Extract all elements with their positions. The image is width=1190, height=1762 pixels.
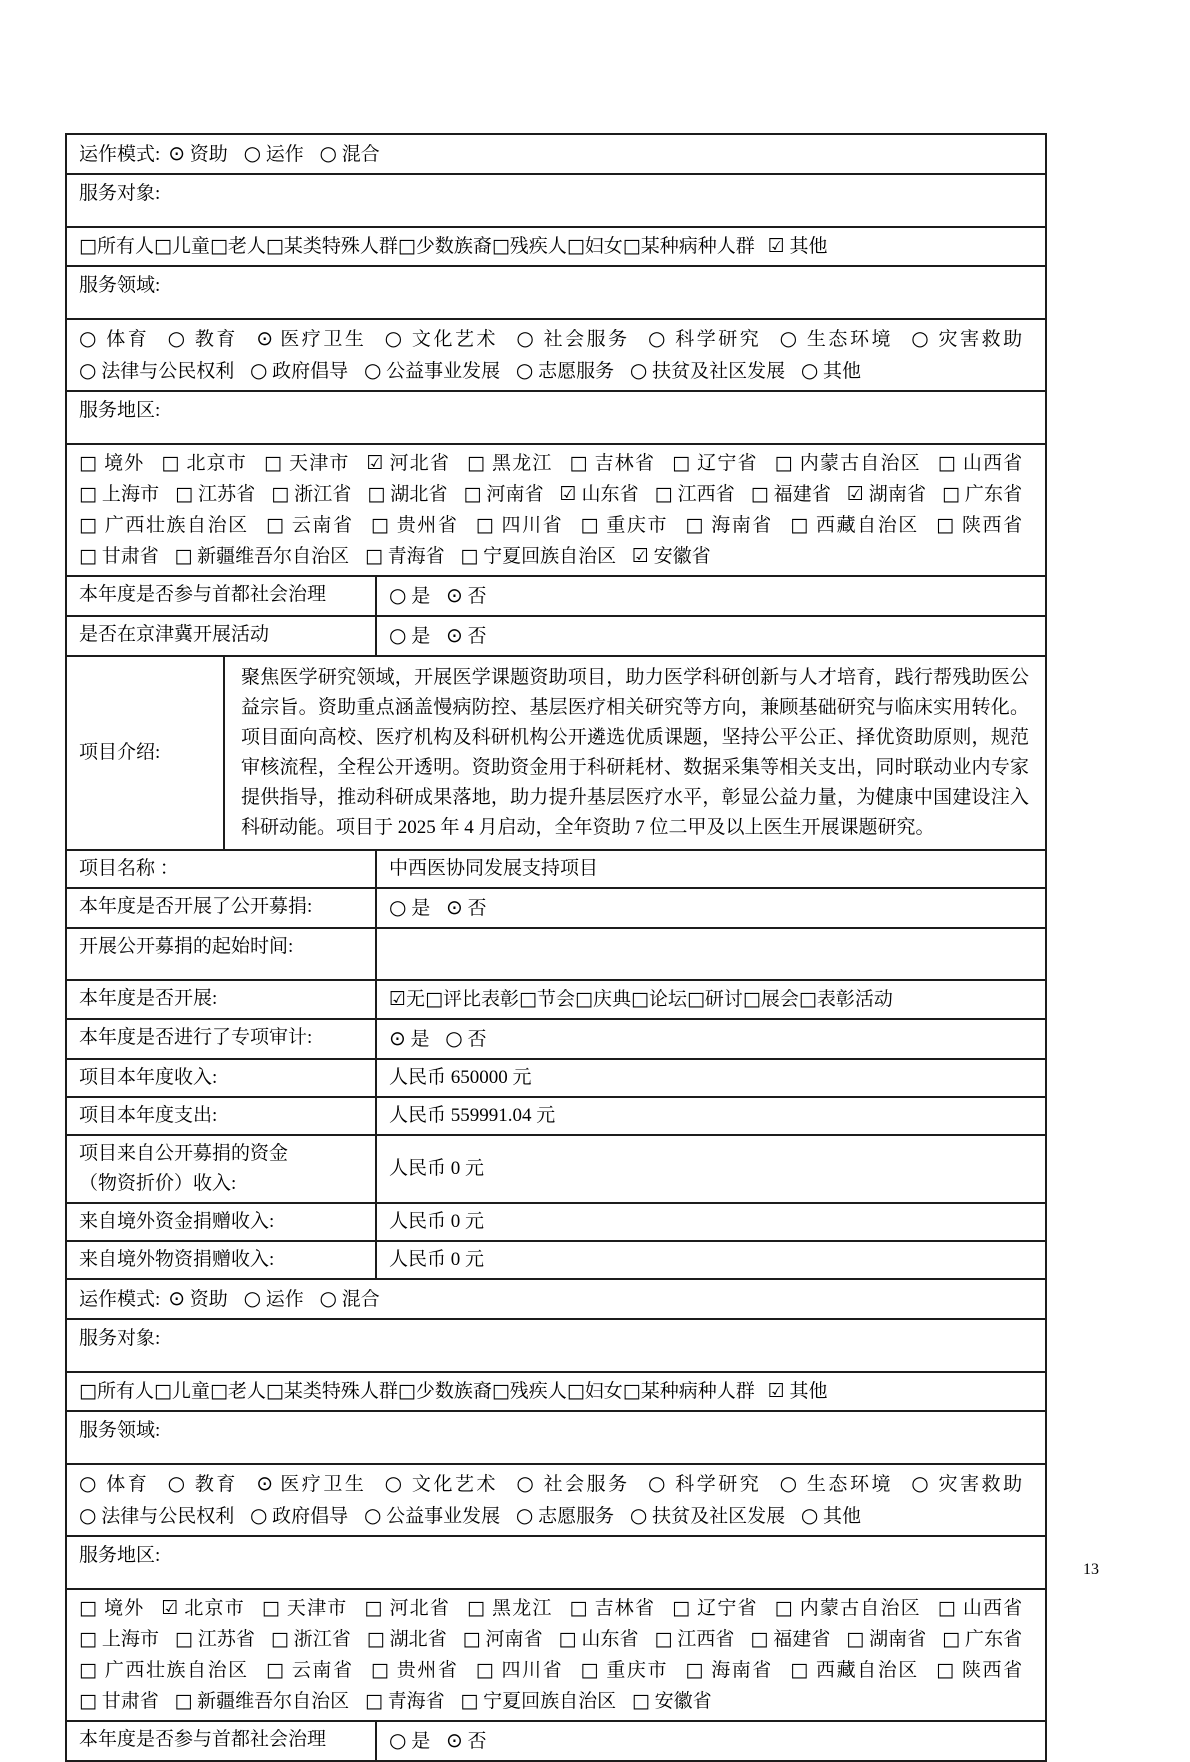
- checkbox-unchecked-icon[interactable]: □: [174, 1690, 192, 1712]
- option-label: 河北省: [389, 1598, 450, 1619]
- option-label: 公益事业发展: [386, 361, 500, 382]
- service-field-header-2: 服务领域:: [79, 1420, 160, 1441]
- radio-option-其他[interactable]: ○ 其他: [801, 361, 861, 382]
- radio-option-扶贫及社区发展[interactable]: ○ 扶贫及社区发展: [630, 1506, 785, 1527]
- checkbox-option-儿童[interactable]: □儿童: [154, 1381, 210, 1402]
- row-service-area-header-2: 服务地区:: [67, 1535, 1045, 1588]
- checkbox-unchecked-icon[interactable]: □: [271, 1628, 289, 1650]
- radio-checked-icon[interactable]: ⊙: [256, 326, 273, 350]
- checkbox-unchecked-icon[interactable]: □: [460, 545, 478, 567]
- checkbox-unchecked-icon[interactable]: □: [364, 1597, 383, 1619]
- radio-unchecked-icon[interactable]: ○: [389, 583, 406, 607]
- checkbox-unchecked-icon[interactable]: □: [519, 988, 537, 1010]
- row-service-field-1: ○ 体育 ○ 教育 ⊙ 医疗卫生 ○ 文化艺术 ○ 社会服务 ○ 科学研究 ○ …: [67, 318, 1045, 390]
- radio-option-教育[interactable]: ○ 教育: [168, 329, 238, 350]
- checkbox-option-某类特殊人群[interactable]: □某类特殊人群: [266, 1381, 398, 1402]
- checkbox-unchecked-icon[interactable]: □: [672, 452, 691, 474]
- checkbox-option-山东省[interactable]: □ 山东省: [559, 1629, 639, 1650]
- checkbox-unchecked-icon[interactable]: □: [570, 1597, 589, 1619]
- checkbox-option-陕西省[interactable]: □ 陕西省: [936, 515, 1022, 536]
- checkbox-unchecked-icon[interactable]: □: [623, 1380, 641, 1402]
- checkbox-option-辽宁省[interactable]: □ 辽宁省: [672, 1598, 758, 1619]
- checkbox-unchecked-icon[interactable]: □: [266, 1659, 286, 1681]
- checkbox-unchecked-icon[interactable]: □: [581, 514, 601, 536]
- checkbox-option-黑龙江[interactable]: □ 黑龙江: [467, 1598, 553, 1619]
- checkbox-checked-icon[interactable]: ☑: [632, 545, 649, 567]
- radio-option-混合[interactable]: ○ 混合: [320, 1289, 380, 1310]
- checkbox-checked-icon[interactable]: ☑: [560, 483, 577, 505]
- radio-option-其他[interactable]: ○ 其他: [801, 1506, 861, 1527]
- checkbox-unchecked-icon[interactable]: □: [938, 452, 957, 474]
- checkbox-option-内蒙古自治区[interactable]: □ 内蒙古自治区: [775, 1598, 921, 1619]
- radio-option-运作[interactable]: ○ 运作: [244, 144, 304, 165]
- checkbox-checked-icon[interactable]: ☑: [768, 235, 785, 257]
- radio-unchecked-icon[interactable]: ○: [780, 1471, 800, 1495]
- checkbox-checked-icon[interactable]: ☑: [367, 452, 384, 474]
- radio-checked-icon[interactable]: ⊙: [446, 1728, 463, 1752]
- checkbox-unchecked-icon[interactable]: □: [467, 1597, 486, 1619]
- checkbox-option-北京市[interactable]: □ 北京市: [161, 453, 247, 474]
- checkbox-option-山西省[interactable]: □ 山西省: [938, 1598, 1022, 1619]
- checkbox-option-贵州省[interactable]: □ 贵州省: [371, 515, 459, 536]
- option-label: 山东省: [581, 484, 638, 505]
- checkbox-unchecked-icon[interactable]: □: [492, 235, 510, 257]
- radio-option-体育[interactable]: ○ 体育: [79, 1474, 149, 1495]
- checkbox-unchecked-icon[interactable]: □: [460, 1690, 478, 1712]
- checkbox-option-残疾人[interactable]: □残疾人: [492, 236, 567, 257]
- option-label: 某种病种人群: [641, 1381, 755, 1402]
- checkbox-unchecked-icon[interactable]: □: [79, 235, 97, 257]
- radio-option-否[interactable]: ⊙ 否: [446, 898, 487, 919]
- radio-unchecked-icon[interactable]: ○: [630, 1503, 647, 1527]
- option-label: 境外: [104, 453, 144, 474]
- radio-checked-icon[interactable]: ⊙: [389, 1026, 406, 1050]
- radio-unchecked-icon[interactable]: ○: [364, 1503, 381, 1527]
- row-service-field-2: ○ 体育 ○ 教育 ⊙ 医疗卫生 ○ 文化艺术 ○ 社会服务 ○ 科学研究 ○ …: [67, 1463, 1045, 1535]
- radio-option-社会服务[interactable]: ○ 社会服务: [516, 329, 629, 350]
- checkbox-unchecked-icon[interactable]: □: [266, 235, 284, 257]
- checkbox-option-河北省[interactable]: □ 河北省: [364, 1598, 450, 1619]
- radio-unchecked-icon[interactable]: ○: [244, 141, 261, 165]
- option-label: 是: [411, 898, 430, 919]
- checkbox-unchecked-icon[interactable]: □: [672, 1597, 691, 1619]
- checkbox-option-云南省[interactable]: □ 云南省: [266, 1660, 354, 1681]
- checkbox-option-重庆市[interactable]: □ 重庆市: [581, 1660, 669, 1681]
- radio-unchecked-icon[interactable]: ○: [168, 326, 188, 350]
- radio-option-政府倡导[interactable]: ○ 政府倡导: [250, 1506, 348, 1527]
- checkbox-option-所有人[interactable]: □所有人: [79, 1381, 154, 1402]
- radio-option-公益事业发展[interactable]: ○ 公益事业发展: [364, 361, 500, 382]
- checkbox-option-山东省[interactable]: ☑ 山东省: [560, 484, 639, 505]
- checkbox-unchecked-icon[interactable]: □: [559, 1628, 577, 1650]
- radio-option-是[interactable]: ○ 是: [389, 626, 430, 647]
- checkbox-option-安徽省[interactable]: □ 安徽省: [632, 1691, 712, 1712]
- checkbox-option-福建省[interactable]: □ 福建省: [751, 484, 831, 505]
- checkbox-checked-icon[interactable]: ☑: [389, 988, 406, 1010]
- radio-option-志愿服务[interactable]: ○ 志愿服务: [516, 1506, 614, 1527]
- radio-option-体育[interactable]: ○ 体育: [79, 329, 149, 350]
- checkbox-unchecked-icon[interactable]: □: [365, 1690, 383, 1712]
- radio-unchecked-icon[interactable]: ○: [648, 326, 668, 350]
- radio-unchecked-icon[interactable]: ○: [780, 326, 800, 350]
- radio-option-科学研究[interactable]: ○ 科学研究: [648, 329, 761, 350]
- checkbox-unchecked-icon[interactable]: □: [790, 1659, 810, 1681]
- radio-option-资助[interactable]: ⊙ 资助: [168, 1289, 228, 1310]
- checkbox-unchecked-icon[interactable]: □: [492, 1380, 510, 1402]
- checkbox-option-甘肃省[interactable]: □ 甘肃省: [79, 1691, 159, 1712]
- checkbox-option-老人[interactable]: □老人: [210, 1381, 266, 1402]
- checkbox-option-少数族裔[interactable]: □少数族裔: [398, 236, 492, 257]
- radio-option-扶贫及社区发展[interactable]: ○ 扶贫及社区发展: [630, 361, 785, 382]
- checkbox-unchecked-icon[interactable]: □: [174, 545, 192, 567]
- checkbox-unchecked-icon[interactable]: □: [210, 1380, 228, 1402]
- radio-unchecked-icon[interactable]: ○: [911, 1471, 931, 1495]
- radio-option-否[interactable]: ○ 否: [445, 1029, 486, 1050]
- checkbox-unchecked-icon[interactable]: □: [632, 1690, 650, 1712]
- checkbox-unchecked-icon[interactable]: □: [266, 514, 286, 536]
- checkbox-option-浙江省[interactable]: □ 浙江省: [271, 484, 351, 505]
- checkbox-option-云南省[interactable]: □ 云南省: [266, 515, 354, 536]
- radio-option-混合[interactable]: ○ 混合: [320, 144, 380, 165]
- checkbox-option-福建省[interactable]: □ 福建省: [750, 1629, 830, 1650]
- checkbox-unchecked-icon[interactable]: □: [79, 1628, 97, 1650]
- radio-option-是[interactable]: ⊙ 是: [389, 1029, 430, 1050]
- checkbox-option-山西省[interactable]: □ 山西省: [938, 453, 1022, 474]
- checkbox-option-北京市[interactable]: ☑ 北京市: [161, 1598, 245, 1619]
- checkbox-option-江西省[interactable]: □ 江西省: [655, 484, 735, 505]
- option-label: 否: [467, 586, 486, 607]
- radio-option-法律与公民权利[interactable]: ○ 法律与公民权利: [79, 1506, 234, 1527]
- radio-option-志愿服务[interactable]: ○ 志愿服务: [516, 361, 614, 382]
- checkbox-option-展会[interactable]: □展会: [743, 989, 799, 1010]
- checkbox-unchecked-icon[interactable]: □: [154, 1380, 172, 1402]
- checkbox-option-宁夏回族自治区[interactable]: □ 宁夏回族自治区: [460, 1691, 616, 1712]
- checkbox-option-广西壮族自治区[interactable]: □ 广西壮族自治区: [79, 1660, 249, 1681]
- checkbox-unchecked-icon[interactable]: □: [371, 1659, 391, 1681]
- checkbox-option-安徽省[interactable]: ☑ 安徽省: [632, 546, 711, 567]
- checkbox-option-所有人[interactable]: □所有人: [79, 236, 154, 257]
- checkbox-option-广东省[interactable]: □ 广东省: [942, 1629, 1022, 1650]
- checkbox-unchecked-icon[interactable]: □: [570, 452, 589, 474]
- checkbox-option-辽宁省[interactable]: □ 辽宁省: [672, 453, 758, 474]
- capital-governance-options-2: ○ 是 ⊙ 否: [389, 1731, 498, 1752]
- checkbox-unchecked-icon[interactable]: □: [210, 235, 228, 257]
- radio-option-是[interactable]: ○ 是: [389, 1731, 430, 1752]
- checkbox-option-上海市[interactable]: □ 上海市: [79, 484, 159, 505]
- checkbox-option-海南省[interactable]: □ 海南省: [685, 515, 773, 536]
- checkbox-option-新疆维吾尔自治区[interactable]: □ 新疆维吾尔自治区: [174, 546, 349, 567]
- checkbox-checked-icon[interactable]: ☑: [161, 1597, 178, 1619]
- checkbox-unchecked-icon[interactable]: □: [942, 483, 960, 505]
- checkbox-unchecked-icon[interactable]: □: [463, 483, 481, 505]
- checkbox-option-重庆市[interactable]: □ 重庆市: [581, 515, 669, 536]
- checkbox-option-黑龙江[interactable]: □ 黑龙江: [467, 453, 553, 474]
- checkbox-option-节会[interactable]: □节会: [519, 989, 575, 1010]
- radio-checked-icon[interactable]: ⊙: [446, 583, 463, 607]
- checkbox-option-其他[interactable]: ☑ 其他: [768, 236, 828, 257]
- checkbox-unchecked-icon[interactable]: □: [942, 1628, 960, 1650]
- radio-unchecked-icon[interactable]: ○: [79, 326, 99, 350]
- checkbox-option-湖北省[interactable]: □ 湖北省: [367, 484, 447, 505]
- radio-option-法律与公民权利[interactable]: ○ 法律与公民权利: [79, 361, 234, 382]
- checkbox-option-研讨[interactable]: □研讨: [687, 989, 743, 1010]
- checkbox-option-江苏省[interactable]: □ 江苏省: [175, 484, 255, 505]
- capital-governance-label: 本年度是否参与首都社会治理: [67, 577, 377, 615]
- radio-option-否[interactable]: ⊙ 否: [446, 1731, 487, 1752]
- radio-unchecked-icon[interactable]: ○: [79, 358, 96, 382]
- checkbox-unchecked-icon[interactable]: □: [938, 1597, 957, 1619]
- radio-option-生态环境[interactable]: ○ 生态环境: [780, 1474, 893, 1495]
- checkbox-option-新疆维吾尔自治区[interactable]: □ 新疆维吾尔自治区: [174, 1691, 349, 1712]
- checkbox-unchecked-icon[interactable]: □: [567, 1380, 585, 1402]
- checkbox-option-天津市[interactable]: □ 天津市: [264, 453, 350, 474]
- checkbox-unchecked-icon[interactable]: □: [936, 514, 956, 536]
- option-label: 浙江省: [294, 1629, 351, 1650]
- checkbox-unchecked-icon[interactable]: □: [631, 988, 649, 1010]
- checkbox-option-宁夏回族自治区[interactable]: □ 宁夏回族自治区: [460, 546, 616, 567]
- checkbox-option-河北省[interactable]: ☑ 河北省: [367, 453, 451, 474]
- radio-option-灾害救助[interactable]: ○ 灾害救助: [911, 1474, 1022, 1495]
- checkbox-unchecked-icon[interactable]: □: [655, 483, 673, 505]
- radio-unchecked-icon[interactable]: ○: [648, 1471, 668, 1495]
- checkbox-option-论坛[interactable]: □论坛: [631, 989, 687, 1010]
- radio-option-医疗卫生[interactable]: ⊙ 医疗卫生: [256, 329, 366, 350]
- checkbox-unchecked-icon[interactable]: □: [790, 514, 810, 536]
- radio-unchecked-icon[interactable]: ○: [320, 141, 337, 165]
- checkbox-option-儿童[interactable]: □儿童: [154, 236, 210, 257]
- checkbox-option-境外[interactable]: □ 境外: [79, 453, 144, 474]
- checkbox-option-广西壮族自治区[interactable]: □ 广西壮族自治区: [79, 515, 249, 536]
- checkbox-unchecked-icon[interactable]: □: [567, 235, 585, 257]
- radio-option-是[interactable]: ○ 是: [389, 586, 430, 607]
- checkbox-option-西藏自治区[interactable]: □ 西藏自治区: [790, 1660, 919, 1681]
- radio-checked-icon[interactable]: ⊙: [168, 141, 185, 165]
- checkbox-unchecked-icon[interactable]: □: [79, 1380, 97, 1402]
- checkbox-unchecked-icon[interactable]: □: [581, 1659, 601, 1681]
- checkbox-unchecked-icon[interactable]: □: [654, 1628, 672, 1650]
- checkbox-unchecked-icon[interactable]: □: [262, 1597, 281, 1619]
- checkbox-unchecked-icon[interactable]: □: [463, 1628, 481, 1650]
- radio-unchecked-icon[interactable]: ○: [630, 358, 647, 382]
- option-label: 某类特殊人群: [284, 1381, 398, 1402]
- checkbox-unchecked-icon[interactable]: □: [271, 483, 289, 505]
- radio-unchecked-icon[interactable]: ○: [385, 326, 405, 350]
- checkbox-option-广东省[interactable]: □ 广东省: [942, 484, 1022, 505]
- radio-unchecked-icon[interactable]: ○: [250, 1503, 267, 1527]
- checkbox-unchecked-icon[interactable]: □: [743, 988, 761, 1010]
- checkbox-option-吉林省[interactable]: □ 吉林省: [570, 1598, 656, 1619]
- checkbox-checked-icon[interactable]: ☑: [768, 1380, 785, 1402]
- checkbox-unchecked-icon[interactable]: □: [371, 514, 391, 536]
- checkbox-unchecked-icon[interactable]: □: [175, 1628, 193, 1650]
- checkbox-option-浙江省[interactable]: □ 浙江省: [271, 1629, 351, 1650]
- checkbox-option-其他[interactable]: ☑ 其他: [768, 1381, 828, 1402]
- checkbox-option-表彰活动[interactable]: □表彰活动: [799, 989, 893, 1010]
- activities-label: 本年度是否开展:: [67, 981, 377, 1018]
- option-label: 广西壮族自治区: [105, 1660, 249, 1681]
- radio-option-社会服务[interactable]: ○ 社会服务: [516, 1474, 629, 1495]
- checkbox-unchecked-icon[interactable]: □: [799, 988, 817, 1010]
- operation-mode-options-1: ⊙ 资助 ○ 运作 ○ 混合: [168, 144, 390, 165]
- radio-unchecked-icon[interactable]: ○: [911, 326, 931, 350]
- radio-unchecked-icon[interactable]: ○: [168, 1471, 188, 1495]
- checkbox-unchecked-icon[interactable]: □: [751, 483, 769, 505]
- radio-option-公益事业发展[interactable]: ○ 公益事业发展: [364, 1506, 500, 1527]
- checkbox-unchecked-icon[interactable]: □: [467, 452, 486, 474]
- checkbox-option-妇女[interactable]: □妇女: [567, 1381, 623, 1402]
- radio-option-政府倡导[interactable]: ○ 政府倡导: [250, 361, 348, 382]
- checkbox-option-江苏省[interactable]: □ 江苏省: [175, 1629, 255, 1650]
- checkbox-option-境外[interactable]: □ 境外: [79, 1598, 144, 1619]
- checkbox-option-青海省[interactable]: □ 青海省: [365, 546, 445, 567]
- overseas-goods-income-label: 来自境外物资捐赠收入:: [67, 1242, 377, 1278]
- radio-checked-icon[interactable]: ⊙: [168, 1286, 185, 1310]
- radio-unchecked-icon[interactable]: ○: [79, 1503, 96, 1527]
- checkbox-option-陕西省[interactable]: □ 陕西省: [936, 1660, 1022, 1681]
- checkbox-option-海南省[interactable]: □ 海南省: [685, 1660, 773, 1681]
- radio-option-否[interactable]: ⊙ 否: [446, 586, 487, 607]
- radio-unchecked-icon[interactable]: ○: [516, 326, 536, 350]
- checkbox-unchecked-icon[interactable]: □: [161, 452, 180, 474]
- project-report-form-table: 运作模式:⊙ 资助 ○ 运作 ○ 混合 服务对象: □所有人□儿童□老人□某类特…: [65, 133, 1047, 1762]
- radio-unchecked-icon[interactable]: ○: [516, 1503, 533, 1527]
- checkbox-option-湖北省[interactable]: □ 湖北省: [367, 1629, 447, 1650]
- checkbox-unchecked-icon[interactable]: □: [398, 235, 416, 257]
- radio-checked-icon[interactable]: ⊙: [256, 1471, 273, 1495]
- checkbox-option-庆典[interactable]: □庆典: [575, 989, 631, 1010]
- row-operation-mode-2: 运作模式:⊙ 资助 ○ 运作 ○ 混合: [67, 1278, 1045, 1318]
- checkbox-unchecked-icon[interactable]: □: [79, 452, 98, 474]
- radio-option-文化艺术[interactable]: ○ 文化艺术: [385, 1474, 498, 1495]
- radio-unchecked-icon[interactable]: ○: [389, 895, 406, 919]
- radio-unchecked-icon[interactable]: ○: [250, 358, 267, 382]
- option-label: 新疆维吾尔自治区: [197, 1691, 349, 1712]
- checkbox-unchecked-icon[interactable]: □: [687, 988, 705, 1010]
- checkbox-unchecked-icon[interactable]: □: [367, 1628, 385, 1650]
- checkbox-unchecked-icon[interactable]: □: [846, 1628, 864, 1650]
- checkbox-unchecked-icon[interactable]: □: [175, 483, 193, 505]
- radio-option-运作[interactable]: ○ 运作: [244, 1289, 304, 1310]
- checkbox-unchecked-icon[interactable]: □: [79, 1659, 99, 1681]
- checkbox-unchecked-icon[interactable]: □: [398, 1380, 416, 1402]
- checkbox-option-吉林省[interactable]: □ 吉林省: [570, 453, 656, 474]
- radio-unchecked-icon[interactable]: ○: [244, 1286, 261, 1310]
- checkbox-unchecked-icon[interactable]: □: [79, 514, 99, 536]
- checkbox-unchecked-icon[interactable]: □: [623, 235, 641, 257]
- radio-unchecked-icon[interactable]: ○: [389, 1728, 406, 1752]
- checkbox-option-妇女[interactable]: □妇女: [567, 236, 623, 257]
- checkbox-unchecked-icon[interactable]: □: [79, 1597, 98, 1619]
- checkbox-unchecked-icon[interactable]: □: [79, 483, 97, 505]
- radio-unchecked-icon[interactable]: ○: [385, 1471, 405, 1495]
- checkbox-unchecked-icon[interactable]: □: [476, 514, 496, 536]
- checkbox-checked-icon[interactable]: ☑: [847, 483, 864, 505]
- checkbox-option-贵州省[interactable]: □ 贵州省: [371, 1660, 459, 1681]
- checkbox-option-江西省[interactable]: □ 江西省: [654, 1629, 734, 1650]
- radio-unchecked-icon[interactable]: ○: [445, 1026, 462, 1050]
- checkbox-option-内蒙古自治区[interactable]: □ 内蒙古自治区: [775, 453, 921, 474]
- radio-option-文化艺术[interactable]: ○ 文化艺术: [385, 329, 498, 350]
- option-label: 江西省: [677, 1629, 734, 1650]
- radio-option-科学研究[interactable]: ○ 科学研究: [648, 1474, 761, 1495]
- checkbox-unchecked-icon[interactable]: □: [79, 1690, 97, 1712]
- checkbox-option-某类特殊人群[interactable]: □某类特殊人群: [266, 236, 398, 257]
- checkbox-option-四川省[interactable]: □ 四川省: [476, 515, 564, 536]
- radio-option-是[interactable]: ○ 是: [389, 898, 430, 919]
- checkbox-option-少数族裔[interactable]: □少数族裔: [398, 1381, 492, 1402]
- radio-unchecked-icon[interactable]: ○: [801, 1503, 818, 1527]
- option-label: 社会服务: [544, 1474, 630, 1495]
- checkbox-option-老人[interactable]: □老人: [210, 236, 266, 257]
- activities-options: ☑无□评比表彰□节会□庆典□论坛□研讨□展会□表彰活动: [389, 989, 893, 1010]
- checkbox-option-西藏自治区[interactable]: □ 西藏自治区: [790, 515, 919, 536]
- radio-option-资助[interactable]: ⊙ 资助: [168, 144, 228, 165]
- checkbox-option-甘肃省[interactable]: □ 甘肃省: [79, 546, 159, 567]
- checkbox-option-残疾人[interactable]: □残疾人: [492, 1381, 567, 1402]
- checkbox-option-河南省[interactable]: □ 河南省: [463, 484, 543, 505]
- radio-unchecked-icon[interactable]: ○: [364, 358, 381, 382]
- option-label: 节会: [537, 989, 575, 1010]
- jingjinji-activity-options: ○ 是 ⊙ 否: [389, 626, 498, 647]
- checkbox-unchecked-icon[interactable]: □: [266, 1380, 284, 1402]
- checkbox-unchecked-icon[interactable]: □: [685, 1659, 705, 1681]
- checkbox-unchecked-icon[interactable]: □: [367, 483, 385, 505]
- checkbox-unchecked-icon[interactable]: □: [775, 1597, 794, 1619]
- checkbox-option-某种病种人群[interactable]: □某种病种人群: [623, 1381, 755, 1402]
- checkbox-option-四川省[interactable]: □ 四川省: [476, 1660, 564, 1681]
- radio-option-医疗卫生[interactable]: ⊙ 医疗卫生: [256, 1474, 366, 1495]
- radio-option-教育[interactable]: ○ 教育: [168, 1474, 238, 1495]
- checkbox-option-青海省[interactable]: □ 青海省: [365, 1691, 445, 1712]
- checkbox-option-河南省[interactable]: □ 河南省: [463, 1629, 543, 1650]
- checkbox-unchecked-icon[interactable]: □: [750, 1628, 768, 1650]
- radio-option-生态环境[interactable]: ○ 生态环境: [780, 329, 893, 350]
- checkbox-option-某种病种人群[interactable]: □某种病种人群: [623, 236, 755, 257]
- option-label: 北京市: [186, 453, 247, 474]
- checkbox-unchecked-icon[interactable]: □: [425, 988, 443, 1010]
- service-target-options-1: □所有人□儿童□老人□某类特殊人群□少数族裔□残疾人□妇女□某种病种人群☑ 其他: [79, 236, 828, 257]
- checkbox-unchecked-icon[interactable]: □: [936, 1659, 956, 1681]
- checkbox-option-湖南省[interactable]: □ 湖南省: [846, 1629, 926, 1650]
- checkbox-option-湖南省[interactable]: ☑ 湖南省: [847, 484, 926, 505]
- checkbox-option-上海市[interactable]: □ 上海市: [79, 1629, 159, 1650]
- checkbox-option-无[interactable]: ☑无: [389, 989, 425, 1010]
- checkbox-unchecked-icon[interactable]: □: [575, 988, 593, 1010]
- radio-unchecked-icon[interactable]: ○: [320, 1286, 337, 1310]
- checkbox-option-评比表彰[interactable]: □评比表彰: [425, 989, 519, 1010]
- radio-unchecked-icon[interactable]: ○: [79, 1471, 99, 1495]
- checkbox-unchecked-icon[interactable]: □: [685, 514, 705, 536]
- checkbox-unchecked-icon[interactable]: □: [476, 1659, 496, 1681]
- special-audit-options: ⊙ 是 ○ 否: [389, 1029, 498, 1050]
- checkbox-option-天津市[interactable]: □ 天津市: [262, 1598, 348, 1619]
- option-label: 宁夏回族自治区: [483, 1691, 616, 1712]
- checkbox-unchecked-icon[interactable]: □: [264, 452, 283, 474]
- radio-unchecked-icon[interactable]: ○: [801, 358, 818, 382]
- radio-unchecked-icon[interactable]: ○: [516, 358, 533, 382]
- radio-option-否[interactable]: ⊙ 否: [446, 626, 487, 647]
- checkbox-unchecked-icon[interactable]: □: [775, 452, 794, 474]
- checkbox-unchecked-icon[interactable]: □: [154, 235, 172, 257]
- radio-option-灾害救助[interactable]: ○ 灾害救助: [911, 329, 1022, 350]
- option-label: 内蒙古自治区: [800, 453, 921, 474]
- radio-checked-icon[interactable]: ⊙: [446, 623, 463, 647]
- radio-checked-icon[interactable]: ⊙: [446, 895, 463, 919]
- radio-unchecked-icon[interactable]: ○: [389, 623, 406, 647]
- checkbox-unchecked-icon[interactable]: □: [365, 545, 383, 567]
- checkbox-unchecked-icon[interactable]: □: [79, 545, 97, 567]
- radio-unchecked-icon[interactable]: ○: [516, 1471, 536, 1495]
